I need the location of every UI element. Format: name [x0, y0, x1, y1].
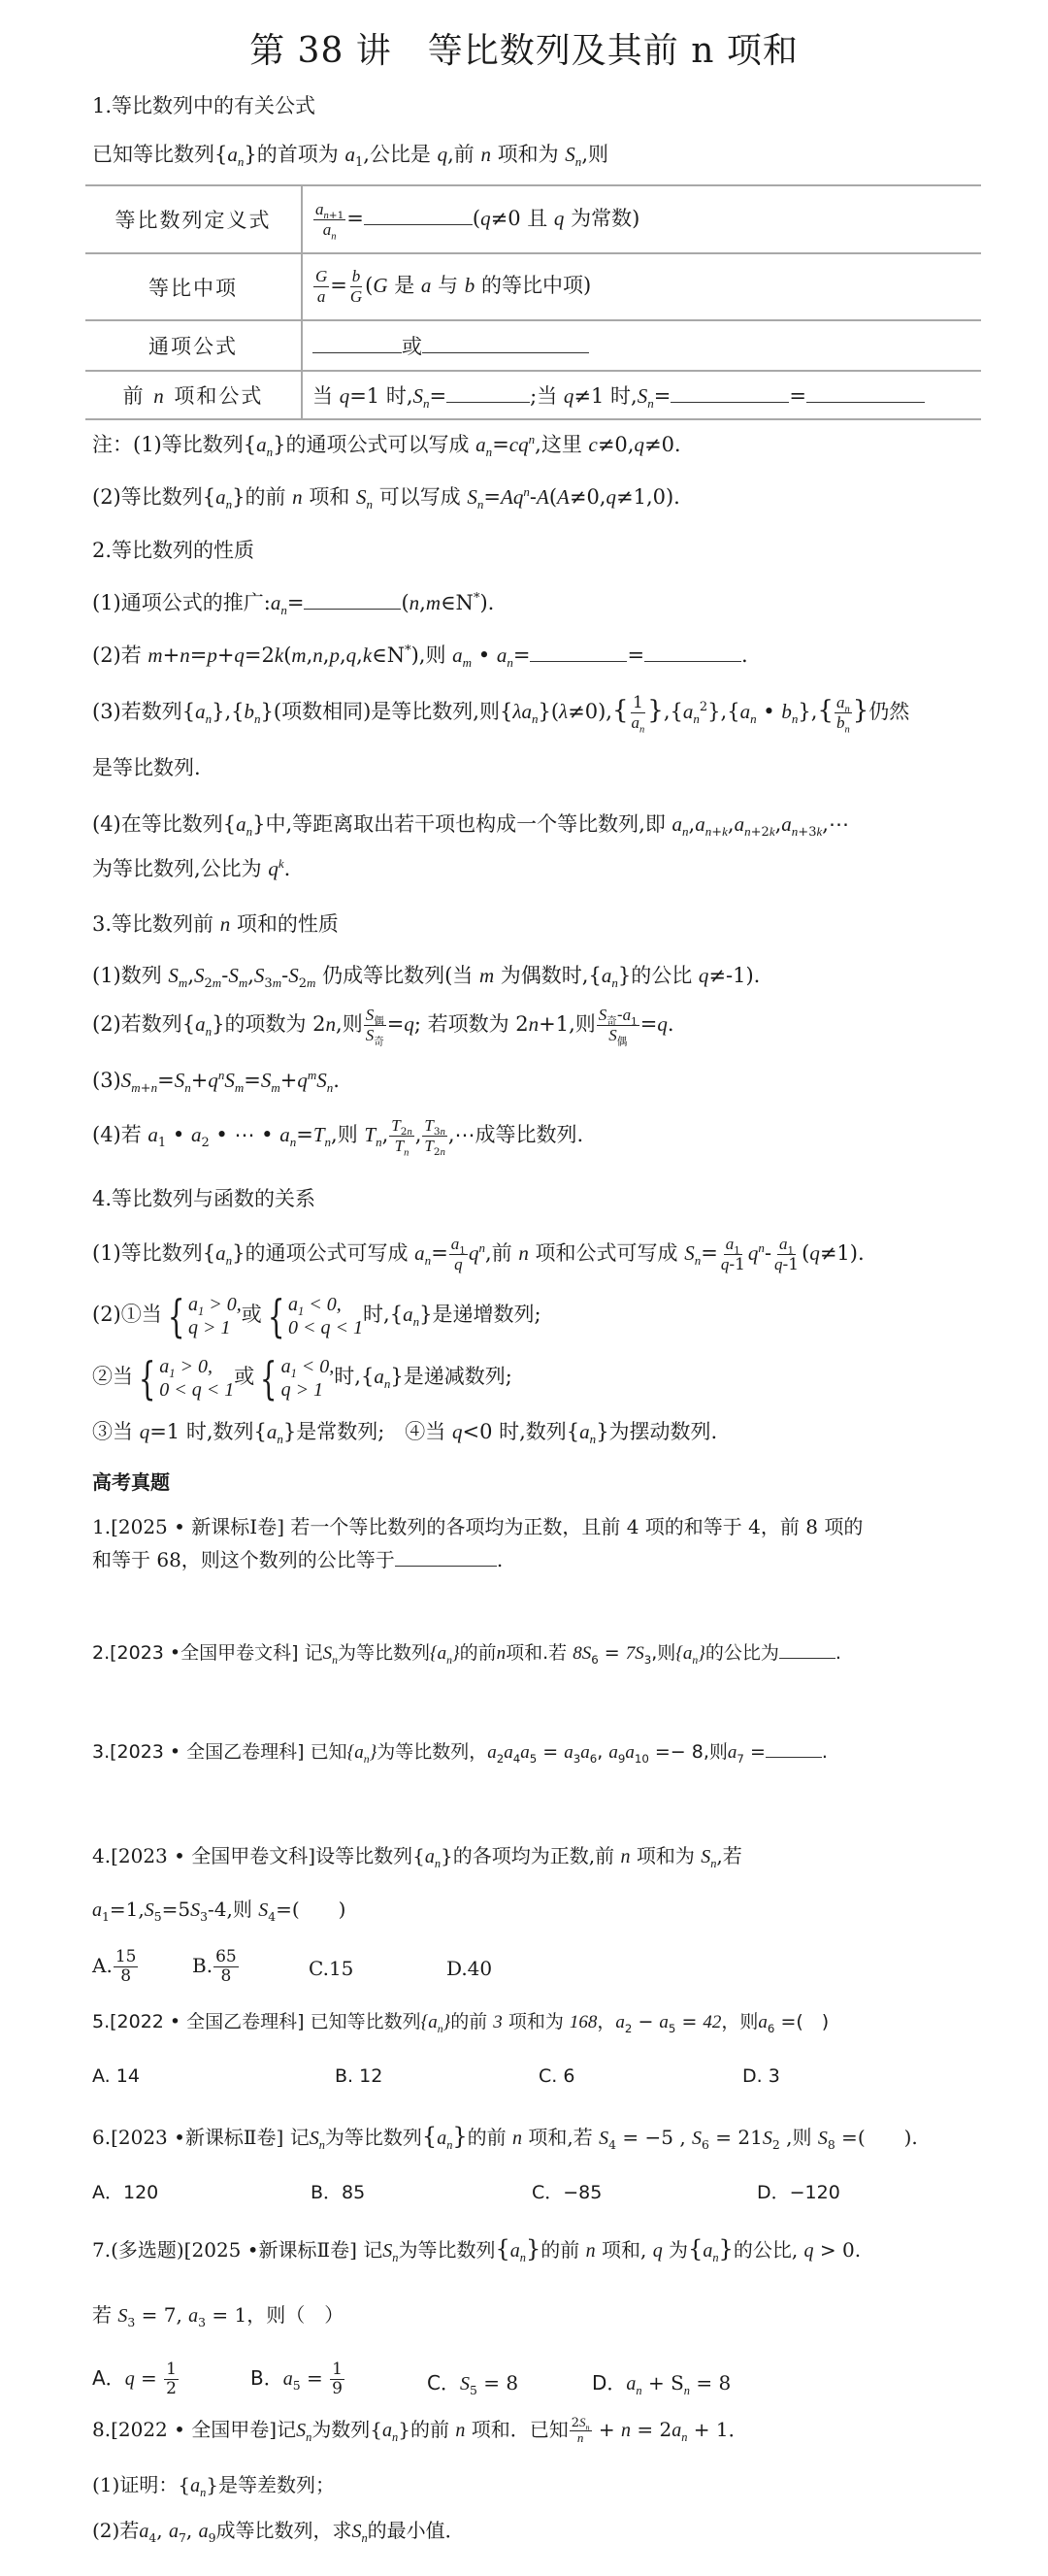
question-1-line-1: 1.[2025 • 新课标Ⅰ卷] 若一个等比数列的各项均为正数，且前 4 项的和… [92, 1512, 863, 1541]
option-b[interactable]: B．85 [311, 2178, 365, 2207]
section-2-item-3-cont: 是等比数列. [92, 753, 201, 782]
option-d[interactable]: D. 3 [742, 2062, 780, 2091]
question-4-line-2: a1=1,S5=5S3-4,则 S4=( ) [92, 1895, 345, 1925]
section-3-heading: 3.等比数列前 n 项和的性质 [92, 909, 339, 939]
section-3-item-3: (3)Sm+n=Sn+qnSm=Sm+qmSn. [92, 1066, 340, 1095]
question-8-part-1: (1)证明：{an}是等差数列； [92, 2470, 335, 2500]
option-d[interactable]: D.40 [446, 1954, 492, 1983]
section-1-heading: 1.等比数列中的有关公式 [92, 91, 315, 120]
question-7-line-1: 7.(多选题)[2025 •新课标Ⅱ卷] 记Sn为等比数列{an}的前 n 项和… [92, 2234, 861, 2265]
fill-blank[interactable] [446, 384, 530, 403]
table-content: an+1an=(q≠0 且 q 为常数) [302, 185, 981, 253]
table-label: 前 n 项和公式 [85, 371, 302, 419]
section-3-item-1: (1)数列 Sm,S2m-Sm,S3m-S2m 仍成等比数列(当 m 为偶数时,… [92, 961, 760, 990]
option-c[interactable]: C.15 [309, 1954, 353, 1983]
fill-blank[interactable] [766, 1739, 822, 1758]
option-a[interactable]: A．120 [92, 2178, 158, 2207]
table-label: 等比数列定义式 [85, 185, 302, 253]
fill-blank[interactable] [312, 335, 402, 353]
section-2-heading: 2.等比数列的性质 [92, 536, 254, 565]
section-3-item-4: (4)若 a1 • a2 • ⋯ • an=Tn,则 Tn,T2nTn,T3nT… [92, 1116, 583, 1156]
section-3-item-2: (2)若数列{an}的项数为 2n,则S偶S奇=q; 若项数为 2n+1,则S奇… [92, 1006, 674, 1045]
fill-blank[interactable] [806, 384, 925, 403]
fill-blank[interactable] [364, 207, 473, 225]
section-4-item-2-1: (2)①当{a1 > 0,q > 1或{a1 < 0,0 < q < 1时,{a… [92, 1289, 541, 1339]
question-3: 3.[2023 • 全国乙卷理科] 已知{an}为等比数列，a2a4a5 = a… [92, 1737, 828, 1767]
table-row: 等比中项 Ga=bG(G 是 a 与 b 的等比中项) [85, 253, 981, 320]
exam-heading: 高考真题 [92, 1468, 170, 1497]
option-b[interactable]: B.658 [192, 1948, 240, 1986]
fill-blank[interactable] [530, 644, 627, 662]
question-5: 5.[2022 • 全国乙卷理科] 已知等比数列{an}的前 3 项和为 168… [92, 2007, 829, 2037]
fill-blank[interactable] [644, 644, 741, 662]
table-row: 前 n 项和公式 当 q=1 时,Sn=;当 q≠1 时,Sn== [85, 371, 981, 419]
table-content: 或 [302, 320, 981, 371]
option-a[interactable]: A. 14 [92, 2062, 140, 2091]
formula-table: 等比数列定义式 an+1an=(q≠0 且 q 为常数) 等比中项 Ga=bG(… [85, 184, 981, 420]
fill-blank[interactable] [304, 591, 401, 610]
table-row: 等比数列定义式 an+1an=(q≠0 且 q 为常数) [85, 185, 981, 253]
question-2: 2.[2023 •全国甲卷文科] 记Sn为等比数列{an}的前n项和.若 8S6… [92, 1638, 841, 1668]
option-b[interactable]: B. 12 [335, 2062, 382, 2091]
section-4-item-2-2: ②当{a1 > 0,0 < q < 1或{a1 < 0,q > 1时,{an}是… [92, 1351, 512, 1402]
option-b[interactable]: B．a5 = 19 [250, 2361, 345, 2398]
fill-blank[interactable] [422, 335, 589, 353]
question-8-line-1: 8.[2022 • 全国甲卷]记Sn为数列{an}的前 n 项和．已知2Snn … [92, 2415, 748, 2446]
option-c[interactable]: C. 6 [539, 2062, 574, 2091]
option-d[interactable]: D．−120 [757, 2178, 840, 2207]
fill-blank[interactable] [395, 1548, 497, 1567]
section-2-item-2: (2)若 m+n=p+q=2k(m,n,p,q,k∈N*),则 am • an=… [92, 641, 748, 670]
table-content: 当 q=1 时,Sn=;当 q≠1 时,Sn== [302, 371, 981, 419]
question-6: 6.[2023 •新课标Ⅱ卷] 记Sn为等比数列{an}的前 n 项和,若 S4… [92, 2122, 918, 2153]
question-7-line-2: 若 S3 = 7, a3 = 1，则（ ） [92, 2300, 344, 2330]
table-content: Ga=bG(G 是 a 与 b 的等比中项) [302, 253, 981, 320]
question-8-part-2: (2)若a4, a7, a9成等比数列，求Sn的最小值． [92, 2516, 465, 2546]
option-d[interactable]: D．an + Sn = 8 [592, 2368, 731, 2398]
section-2-item-3: (3)若数列{an},{bn}(项数相同)是等比数列,则{λan}(λ≠0),{… [92, 693, 909, 733]
question-4-line-1: 4.[2023 • 全国甲卷文科]设等比数列{an}的各项均为正数,前 n 项和… [92, 1841, 742, 1871]
option-c[interactable]: C．−85 [532, 2178, 602, 2207]
table-label: 通项公式 [85, 320, 302, 371]
question-1-line-2: 和等于 68，则这个数列的公比等于. [92, 1545, 503, 1574]
option-c[interactable]: C．S5 = 8 [427, 2368, 518, 2398]
section-2-item-1: (1)通项公式的推广:an=(n,m∈N*). [92, 588, 494, 617]
note-2: (2)等比数列{an}的前 n 项和 Sn 可以写成 Sn=Aqn-A(A≠0,… [92, 482, 680, 512]
fill-blank[interactable] [671, 384, 789, 403]
section-4-item-2-3: ③当 q=1 时,数列{an}是常数列; ④当 q<0 时,数列{an}为摆动数… [92, 1417, 717, 1446]
section-4-heading: 4.等比数列与函数的关系 [92, 1184, 315, 1213]
page-title: 第 38 讲 等比数列及其前 n 项和 [0, 27, 1048, 76]
option-a[interactable]: A．q = 12 [92, 2361, 180, 2398]
table-label: 等比中项 [85, 253, 302, 320]
section-1-intro: 已知等比数列{an}的首项为 a1,公比是 q,前 n 项和为 Sn,则 [92, 140, 608, 169]
option-a[interactable]: A.158 [92, 1948, 139, 1986]
section-2-item-4-cont: 为等比数列,公比为 qk. [92, 854, 290, 883]
note-1: 注：(1)等比数列{an}的通项公式可以写成 an=cqn,这里 c≠0,q≠0… [92, 430, 681, 459]
table-row: 通项公式 或 [85, 320, 981, 371]
section-4-item-1: (1)等比数列{an}的通项公式可写成 an=a1qqn,前 n 项和公式可写成… [92, 1235, 865, 1274]
fill-blank[interactable] [779, 1640, 835, 1659]
section-2-item-4: (4)在等比数列{an}中,等距离取出若干项也构成一个等比数列,即 an,an+… [92, 809, 849, 839]
